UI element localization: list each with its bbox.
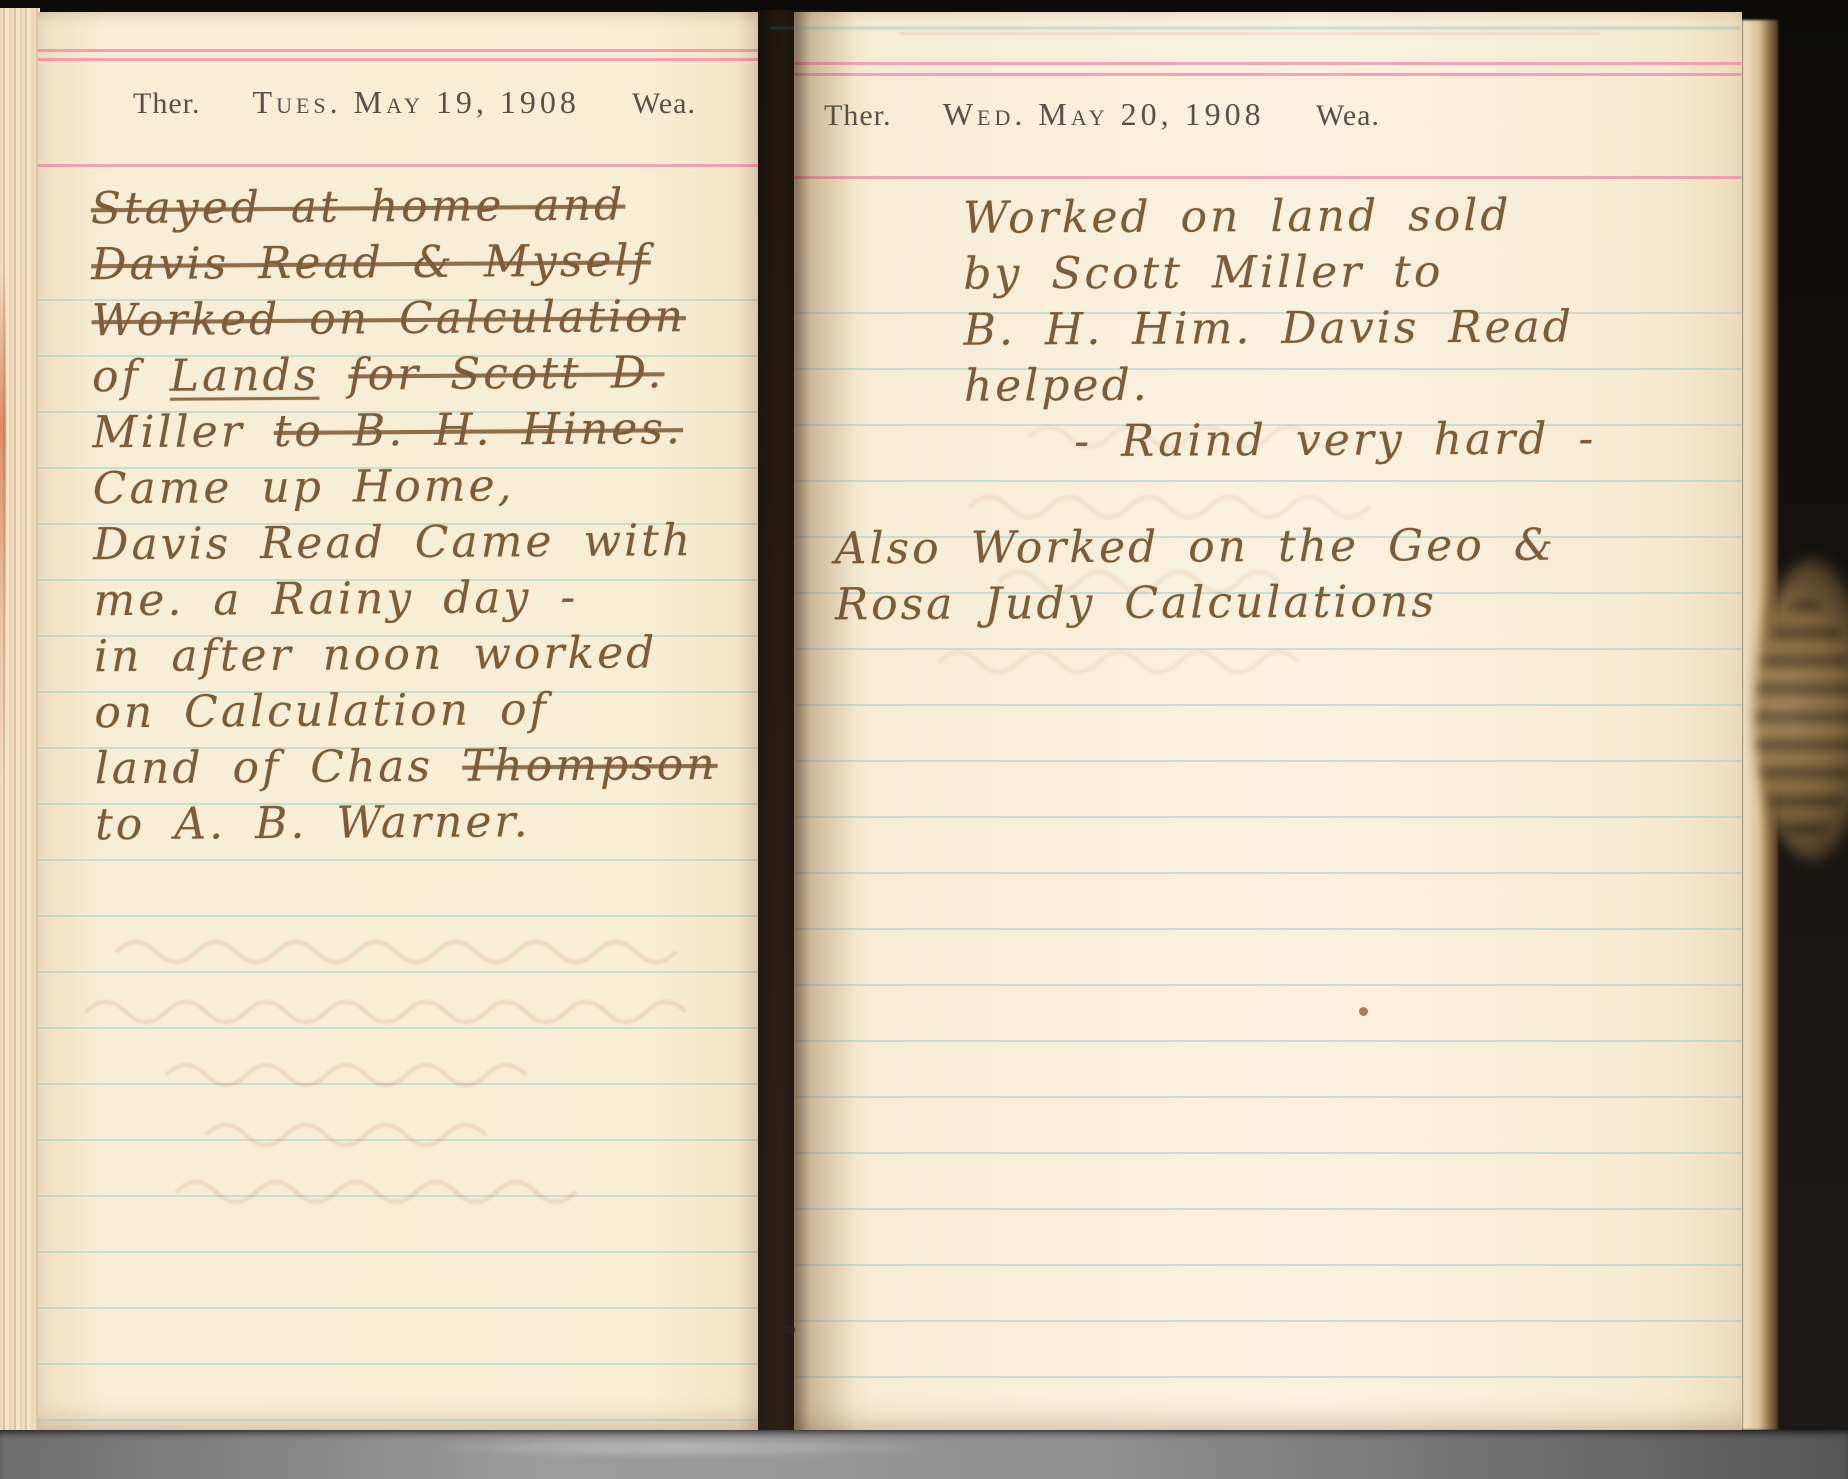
table-highlight bbox=[420, 1438, 940, 1458]
top-rule-pink-2 bbox=[38, 58, 758, 61]
book-background: Ther. Tues. May 19, 1908 Wea. Stayed at … bbox=[0, 0, 1848, 1479]
entry-line: helped. bbox=[834, 356, 1742, 417]
entry-line: me. a Rainy day - bbox=[93, 570, 748, 631]
top-rule-pink-1 bbox=[794, 62, 1742, 65]
entry-text-plain: B. H. Him. Davis Read bbox=[963, 302, 1574, 356]
entry-text-plain: land of Chas bbox=[95, 741, 463, 795]
entry-line bbox=[834, 468, 1742, 523]
scan-artifact-line bbox=[770, 27, 1740, 29]
entry-line: to A. B. Warner. bbox=[95, 794, 750, 855]
handwritten-entry: Worked on land soldby Scott Miller toB. … bbox=[833, 188, 1743, 635]
entry-text-plain: Rosa Judy Calculations bbox=[835, 576, 1437, 630]
scan-artifact-line bbox=[900, 33, 1600, 34]
top-rule-pink-2 bbox=[794, 73, 1742, 76]
entry-text-plain: Davis Read Came with bbox=[93, 515, 693, 570]
entry-text-plain: on Calculation of bbox=[94, 684, 549, 738]
entry-line: by Scott Miller to bbox=[833, 244, 1741, 305]
entry-line: Rosa Judy Calculations bbox=[835, 574, 1743, 635]
entry-text-plain: me. a Rainy day - bbox=[93, 572, 578, 626]
entry-text-plain: helped. bbox=[964, 360, 1150, 412]
gutter-ink-dot bbox=[783, 1325, 795, 1334]
header-rule-pink bbox=[794, 176, 1742, 179]
diary-page-may-19: Ther. Tues. May 19, 1908 Wea. Stayed at … bbox=[38, 12, 758, 1432]
handwritten-entry: Stayed at home andDavis Read & MyselfWor… bbox=[91, 178, 751, 855]
entry-text-strike: Thompson bbox=[462, 739, 718, 792]
entry-text-plain: - Raind very hard - bbox=[1074, 413, 1596, 467]
entry-text-strike: for Scott D. bbox=[348, 347, 664, 400]
table-surface bbox=[0, 1430, 1848, 1479]
diary-page-may-20: Ther. Wed. May 20, 1908 Wea. Worked on l… bbox=[794, 12, 1742, 1432]
entry-text-plain: Miller bbox=[92, 406, 274, 458]
entry-text-underline: Lands bbox=[170, 350, 320, 402]
entry-line: B. H. Him. Davis Read bbox=[833, 300, 1741, 361]
left-page-edge-stack bbox=[0, 8, 40, 1432]
entry-line: Came up Home, bbox=[93, 458, 748, 519]
entry-text-plain: to A. B. Warner. bbox=[95, 796, 531, 850]
entry-line: on Calculation of bbox=[94, 682, 749, 743]
entry-text-plain: Came up Home, bbox=[93, 460, 515, 514]
entry-text-strike: Worked on Calculation bbox=[91, 291, 686, 346]
entry-line: Worked on land sold bbox=[833, 188, 1741, 249]
ther-label: Ther. bbox=[824, 99, 891, 133]
entry-text-strike: to B. H. Hines. bbox=[274, 403, 684, 457]
entry-line: Davis Read Came with bbox=[93, 514, 748, 575]
top-rule-pink-1 bbox=[38, 49, 758, 52]
entry-line: Stayed at home and bbox=[91, 178, 746, 239]
wea-label: Wea. bbox=[1316, 99, 1380, 133]
date-label: Tues. May 19, 1908 bbox=[253, 84, 580, 121]
entry-text-strike: Stayed at home and bbox=[91, 180, 626, 235]
page-header: Ther. Wed. May 20, 1908 Wea. bbox=[824, 96, 1380, 133]
entry-line: land of Chas Thompson bbox=[95, 738, 750, 799]
entry-line: of Lands for Scott D. bbox=[92, 346, 747, 407]
entry-text-plain: in after noon worked bbox=[94, 627, 658, 682]
entry-line: in after noon worked bbox=[94, 626, 749, 687]
entry-text-strike: Davis Read & Myself bbox=[91, 235, 651, 290]
entry-line: Also Worked on the Geo & bbox=[835, 518, 1743, 579]
entry-text-plain: of bbox=[92, 351, 170, 403]
date-label: Wed. May 20, 1908 bbox=[943, 96, 1265, 133]
entry-text-plain: by Scott Miller to bbox=[963, 246, 1443, 300]
ink-fleck bbox=[1359, 1007, 1368, 1016]
page-header: Ther. Tues. May 19, 1908 Wea. bbox=[133, 84, 696, 121]
book-clasp-detail bbox=[1756, 600, 1848, 840]
entry-line: Davis Read & Myself bbox=[91, 234, 746, 295]
entry-text-plain: Also Worked on the Geo & bbox=[835, 520, 1556, 575]
entry-line: - Raind very hard - bbox=[834, 412, 1742, 473]
wea-label: Wea. bbox=[632, 87, 696, 121]
entry-text-plain bbox=[319, 350, 348, 401]
ther-label: Ther. bbox=[133, 87, 200, 121]
entry-line: Miller to B. H. Hines. bbox=[92, 402, 747, 463]
header-rule-pink bbox=[38, 164, 758, 167]
entry-text-plain: Worked on land sold bbox=[963, 190, 1512, 244]
entry-line: Worked on Calculation bbox=[91, 290, 746, 351]
